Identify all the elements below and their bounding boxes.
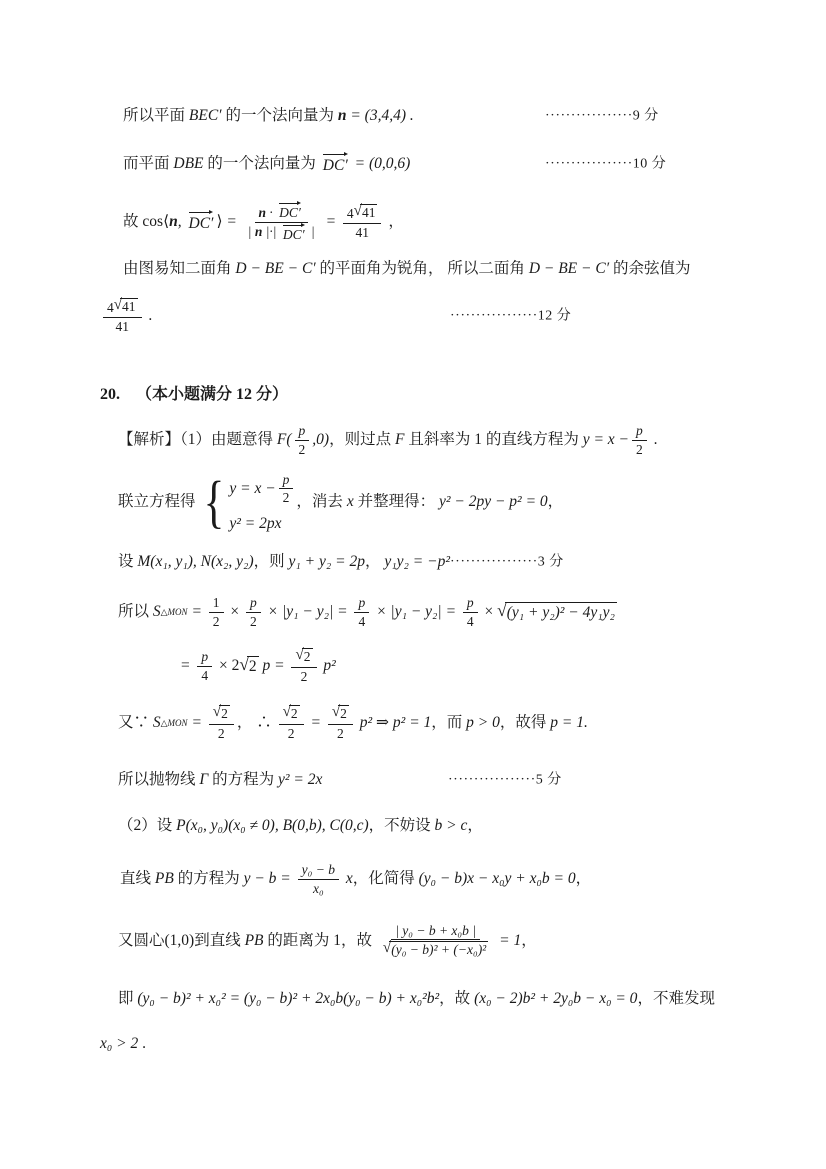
chinese-text: ，化简得 <box>353 869 419 888</box>
fraction-denominator: x₀ <box>309 880 328 898</box>
math-expression: × |y₁ − y₂| = <box>372 602 460 621</box>
math-fraction-sqrt2-2: √22 <box>291 647 316 685</box>
solution-line-focus-line: 【解析】（1）由题意得 F(p2,0)，则过点 F 且斜率为 1 的直线方程为 … <box>0 418 826 462</box>
fraction-denominator: 41 <box>351 224 373 242</box>
radicand: 2 <box>247 656 259 676</box>
fraction-denominator: 2 <box>284 725 299 743</box>
math-comma: , <box>178 212 186 231</box>
fraction-numerator: 4√41 <box>343 203 382 224</box>
math-area-symbol: S <box>153 713 161 732</box>
math-equals: = <box>188 713 206 732</box>
fraction-denominator: 2 <box>279 489 294 507</box>
fraction-numerator: y₀ − b <box>298 861 339 880</box>
math-point-f: F( <box>277 430 292 449</box>
fraction-numerator: | y₀ − b + x₀b | <box>391 922 480 941</box>
math-expression: × |y₁ − y₂| = <box>264 602 352 621</box>
chinese-text: 直线 <box>120 869 155 888</box>
math-times: × <box>481 602 498 621</box>
chinese-text: 的方程为 <box>174 869 244 888</box>
score-marker-3: ·················3 分 <box>450 553 564 571</box>
math-bars: |·| <box>262 224 280 243</box>
fraction-denominator: 4 <box>197 667 212 685</box>
problem-points: （本小题满分 12 分） <box>136 385 288 405</box>
radicand: 2 <box>289 705 300 723</box>
math-vector-n: n <box>255 224 263 243</box>
fraction-denominator: 4 <box>463 613 478 631</box>
fraction-denominator: 2 <box>214 725 229 743</box>
math-expression: = (0,0,6) <box>351 154 411 173</box>
math-points-pbc: P(x₀, y₀)(x₀ ≠ 0), B(0,b), C(0,c) <box>176 816 369 835</box>
chinese-text: 并整理得： <box>354 492 439 511</box>
solution-line-solve-p: 又∵ S△MON = √22 ， ∴ √22 = √22 p² ⇒ p² = 1… <box>0 698 826 748</box>
chinese-text: ，故 <box>439 989 474 1008</box>
chinese-comma: ， <box>384 212 403 231</box>
math-points-mn: M(x₁, y₁), N(x₂, y₂) <box>137 552 253 571</box>
math-line-equation: y = x − <box>583 430 629 449</box>
math-fraction-p-4: p4 <box>463 594 478 630</box>
fraction-numerator: p <box>295 422 310 441</box>
chinese-text: 由图易知二面角 <box>123 259 235 278</box>
math-expression: y − b = <box>244 869 295 888</box>
chinese-text: 所以抛物线 <box>118 770 199 789</box>
math-cos: cos <box>142 212 163 231</box>
fraction-denominator: | n |·| DC′ | <box>244 223 319 244</box>
solution-line-x0-condition: x₀ > 2 . <box>0 1030 826 1058</box>
fraction-denominator: 4 <box>354 613 369 631</box>
chinese-text: ，则 <box>254 552 289 571</box>
math-times: × <box>227 602 244 621</box>
chinese-comma: ， <box>467 816 483 835</box>
math-variable-x: x <box>347 492 354 511</box>
fraction-numerator: 1 <box>209 594 224 613</box>
chinese-text: 联立方程得 <box>118 492 196 511</box>
fraction-denominator: 2 <box>209 613 224 631</box>
chinese-because: 又∵ <box>118 713 153 732</box>
chinese-text: 的方程为 <box>208 770 278 789</box>
math-dot: · <box>266 205 276 221</box>
square-root: √2 <box>213 705 230 723</box>
score-marker-12: ·················12 分 <box>450 307 571 325</box>
chinese-comma: ， <box>548 492 564 511</box>
math-x0-greater-2: x₀ > 2 <box>100 1034 138 1053</box>
square-root: √41 <box>114 298 138 316</box>
chinese-comma: ， <box>576 869 592 888</box>
solution-line-dihedral-angle: 由图易知二面角 D − BE − C′ 的平面角为锐角， 所以二面角 D − B… <box>0 256 826 282</box>
fraction-denominator: 2 <box>632 441 647 459</box>
chinese-text: ，不妨设 <box>369 816 435 835</box>
left-brace: { <box>203 477 224 526</box>
math-parabola-equation: y² = 2x <box>278 770 322 789</box>
chinese-text: ，而 <box>431 713 466 732</box>
case-row-2: y² = 2px <box>229 514 296 533</box>
math-fraction-sqrt2-2: √22 <box>328 704 353 742</box>
math-line-equation: y = x − <box>229 479 275 498</box>
square-root: √2 <box>239 656 258 676</box>
math-fraction-sqrt2-2: √22 <box>209 704 234 742</box>
math-line-pb: PB <box>155 869 174 888</box>
score-marker-10: ·················10 分 <box>545 155 666 173</box>
chinese-text: ，消去 <box>296 492 346 511</box>
fraction-numerator: √2 <box>291 647 316 668</box>
square-root: √2 <box>295 648 312 666</box>
math-coefficient: 4 <box>347 206 354 222</box>
chinese-text: 的距离为 1，故 <box>264 931 376 950</box>
period: . <box>650 430 658 449</box>
math-implication: p² ⇒ p² = 1 <box>356 713 431 732</box>
math-bar: | <box>308 224 315 243</box>
vector-dc-overbar: DC′ <box>323 153 348 175</box>
math-expression: ,0) <box>312 430 329 449</box>
math-p-squared: p² <box>320 656 336 675</box>
math-parabola-equation: y² = 2px <box>229 514 281 533</box>
chinese-text: 的平面角为锐角， 所以二面角 <box>316 259 529 278</box>
fraction-denominator: 2 <box>246 613 261 631</box>
fraction-numerator: p <box>197 648 212 667</box>
math-p-positive: p > 0 <box>466 713 500 732</box>
math-line-pb: PB <box>245 931 264 950</box>
fraction-denominator: 2 <box>297 668 312 686</box>
chinese-comma: ， <box>365 552 384 571</box>
solution-line-vieta: 设 M(x₁, y₁), N(x₂, y₂)，则 y₁ + y₂ = 2p， y… <box>0 548 826 576</box>
chinese-text: ，故得 <box>500 713 550 732</box>
problem-20-heading: 20.（本小题满分 12 分） <box>0 382 826 408</box>
math-point-f: F <box>395 430 404 449</box>
fraction-denominator: 2 <box>295 441 310 459</box>
math-fraction-dot-product: n · DC′ | n |·| DC′ | <box>244 201 319 243</box>
solution-line-area-continuation: = p4 × 2 √2 p = √22 p² <box>0 642 826 690</box>
math-variable-x: x <box>342 869 353 888</box>
math-area-symbol: S <box>153 602 161 621</box>
math-expression: p = <box>259 656 289 675</box>
chinese-text: 又圆心(1,0)到直线 <box>118 931 245 950</box>
fraction-numerator: p <box>463 594 478 613</box>
fraction-numerator: p <box>246 594 261 613</box>
math-fraction-p-2: p2 <box>279 471 294 507</box>
analysis-label: 【解析】（1）由题意得 <box>118 430 277 449</box>
radicand: 41 <box>360 204 378 222</box>
fraction-denominator: √(y₀ − b)² + (−x₀)² <box>379 940 492 960</box>
radicand: (y₀ − b)² + (−x₀)² <box>389 941 488 959</box>
math-fraction-distance: | y₀ − b + x₀b | √(y₀ − b)² + (−x₀)² <box>379 922 492 960</box>
math-fraction-p-4: p4 <box>197 648 212 684</box>
square-root: √(y₁ + y₂)² − 4y₁y₂ <box>497 602 617 622</box>
math-equals: = <box>180 656 194 675</box>
math-expanded-equation: (y₀ − b)² + x₀² = (y₀ − b)² + 2x₀b(y₀ − … <box>137 989 439 1008</box>
chinese-text: 即 <box>118 989 137 1008</box>
math-p-equals-1: p = 1. <box>550 713 588 732</box>
math-equals: = <box>223 212 241 231</box>
square-root: √2 <box>283 705 300 723</box>
solution-line-expanded: 即 (y₀ − b)² + x₀² = (y₀ − b)² + 2x₀b(y₀ … <box>0 985 826 1013</box>
math-sum: y₁ + y₂ = 2p <box>289 552 365 571</box>
chinese-text: ，则过点 <box>329 430 395 449</box>
math-expression: = (3,4,4) . <box>346 106 413 125</box>
square-root: √(y₀ − b)² + (−x₀)² <box>383 941 488 959</box>
chinese-text: 所以 <box>118 602 153 621</box>
chinese-text: 的一个法向量为 <box>222 106 338 125</box>
period: . <box>145 306 153 325</box>
math-fraction-p-4: p4 <box>354 594 369 630</box>
math-quadratic-in-b: (x₀ − 2)b² + 2y₀b − x₀ = 0 <box>474 989 637 1008</box>
solution-line-normal-vector-dbe: 而平面 DBE 的一个法向量为 DC′ = (0,0,6) ··········… <box>0 151 826 177</box>
math-vector-n: n <box>169 212 178 231</box>
solution-line-normal-vector-bec: 所以平面 BEC′ 的一个法向量为 n = (3,4,4) . ········… <box>0 104 826 128</box>
fraction-numerator: p <box>279 471 294 490</box>
problem-number: 20. <box>100 385 120 405</box>
math-equals: = <box>322 212 340 231</box>
chinese-text: 且斜率为 1 的直线方程为 <box>404 430 582 449</box>
solution-line-parabola-equation: 所以抛物线 Γ 的方程为 y² = 2x ·················5 … <box>0 766 826 794</box>
document-page: 所以平面 BEC′ 的一个法向量为 n = (3,4,4) . ········… <box>0 0 826 1169</box>
period: . <box>138 1034 146 1053</box>
solution-line-area-formula: 所以 S△MON = 12 × p2 × |y₁ − y₂| = p4 × |y… <box>0 592 826 632</box>
fraction-numerator: 4√41 <box>103 297 142 318</box>
math-fraction-p-2: p2 <box>295 422 310 458</box>
vector-dc-overbar: DC′ <box>189 211 214 233</box>
solution-line-cosine-formula: 故 cos⟨n, DC′⟩ = n · DC′ | n |·| DC′ | = … <box>0 193 826 251</box>
math-times: × 2 <box>215 656 239 675</box>
fraction-denominator: 41 <box>112 318 134 336</box>
radicand: 41 <box>120 298 138 316</box>
solution-line-distance: 又圆心(1,0)到直线 PB 的距离为 1，故 | y₀ − b + x₀b |… <box>0 910 826 972</box>
chinese-text: （2）设 <box>118 816 176 835</box>
math-dihedral-angle: D − BE − C′ <box>529 259 609 278</box>
chinese-text: 而平面 <box>123 154 173 173</box>
math-product: y₁y₂ = −p² <box>384 552 450 571</box>
square-root: √41 <box>354 204 378 222</box>
fraction-numerator: n · DC′ <box>255 201 308 223</box>
chinese-text: ，不难发现 <box>637 989 715 1008</box>
fraction-numerator: √2 <box>328 704 353 725</box>
solution-line-final-answer: 4√41 41 . ·················12 分 <box>0 290 826 342</box>
vector-dc-overbar: DC′ <box>283 224 305 243</box>
case-row-1: y = x −p2 <box>229 471 296 507</box>
fraction-denominator: 2 <box>333 725 348 743</box>
chinese-therefore: ， ∴ <box>237 713 276 732</box>
math-gamma: Γ <box>199 770 208 789</box>
radicand: 2 <box>219 705 230 723</box>
math-vector-n: n <box>259 205 267 221</box>
chinese-text: 故 <box>123 212 142 231</box>
math-bar: | <box>248 224 255 243</box>
math-equals: = <box>307 713 325 732</box>
math-inequality: b > c <box>435 816 468 835</box>
radicand: (y₁ + y₂)² − 4y₁y₂ <box>505 602 617 622</box>
vector-dc-overbar: DC′ <box>279 202 301 221</box>
solution-line-system-of-equations: 联立方程得{ y = x −p2 y² = 2px ，消去 x 并整理得： y²… <box>0 462 826 542</box>
math-plane-name: DBE <box>173 154 203 173</box>
math-fraction-sqrt2-2: √22 <box>279 704 304 742</box>
math-vector-n: n <box>338 106 347 125</box>
math-equals-one: = 1 <box>495 931 521 950</box>
equation-cases: y = x −p2 y² = 2px <box>229 471 296 533</box>
radicand: 2 <box>302 648 313 666</box>
radicand: 2 <box>338 705 349 723</box>
solution-line-pb-equation: 直线 PB 的方程为 y − b = y₀ − bx₀ x，化简得 (y₀ − … <box>0 855 826 903</box>
chinese-text: 的余弦值为 <box>609 259 690 278</box>
score-marker-9: ·················9 分 <box>545 107 659 125</box>
chinese-text: 设 <box>118 552 137 571</box>
fraction-numerator: √2 <box>209 704 234 725</box>
math-fraction-p-2: p2 <box>246 594 261 630</box>
fraction-numerator: √2 <box>279 704 304 725</box>
square-root: √2 <box>332 705 349 723</box>
solution-line-part2-setup: （2）设 P(x₀, y₀)(x₀ ≠ 0), B(0,b), C(0,c)，不… <box>0 812 826 840</box>
math-dihedral-angle: D − BE − C′ <box>235 259 315 278</box>
math-coefficient: 4 <box>107 300 114 316</box>
math-simplified-equation: (y₀ − b)x − x₀y + x₀b = 0 <box>419 869 576 888</box>
math-fraction-result: 4√41 41 <box>343 203 382 241</box>
math-equals: = <box>188 602 206 621</box>
score-marker-5: ·················5 分 <box>448 771 562 789</box>
math-quadratic: y² − 2py − p² = 0 <box>439 492 548 511</box>
fraction-numerator: p <box>632 422 647 441</box>
chinese-text: 所以平面 <box>123 106 189 125</box>
math-fraction-result: 4√41 41 <box>103 297 142 335</box>
math-fraction-p-2: p2 <box>632 422 647 458</box>
math-fraction-1-2: 12 <box>209 594 224 630</box>
chinese-text: 的一个法向量为 <box>204 154 320 173</box>
fraction-numerator: p <box>354 594 369 613</box>
math-plane-name: BEC′ <box>189 106 222 125</box>
chinese-comma: ， <box>521 931 537 950</box>
math-fraction-slope: y₀ − bx₀ <box>298 861 339 897</box>
